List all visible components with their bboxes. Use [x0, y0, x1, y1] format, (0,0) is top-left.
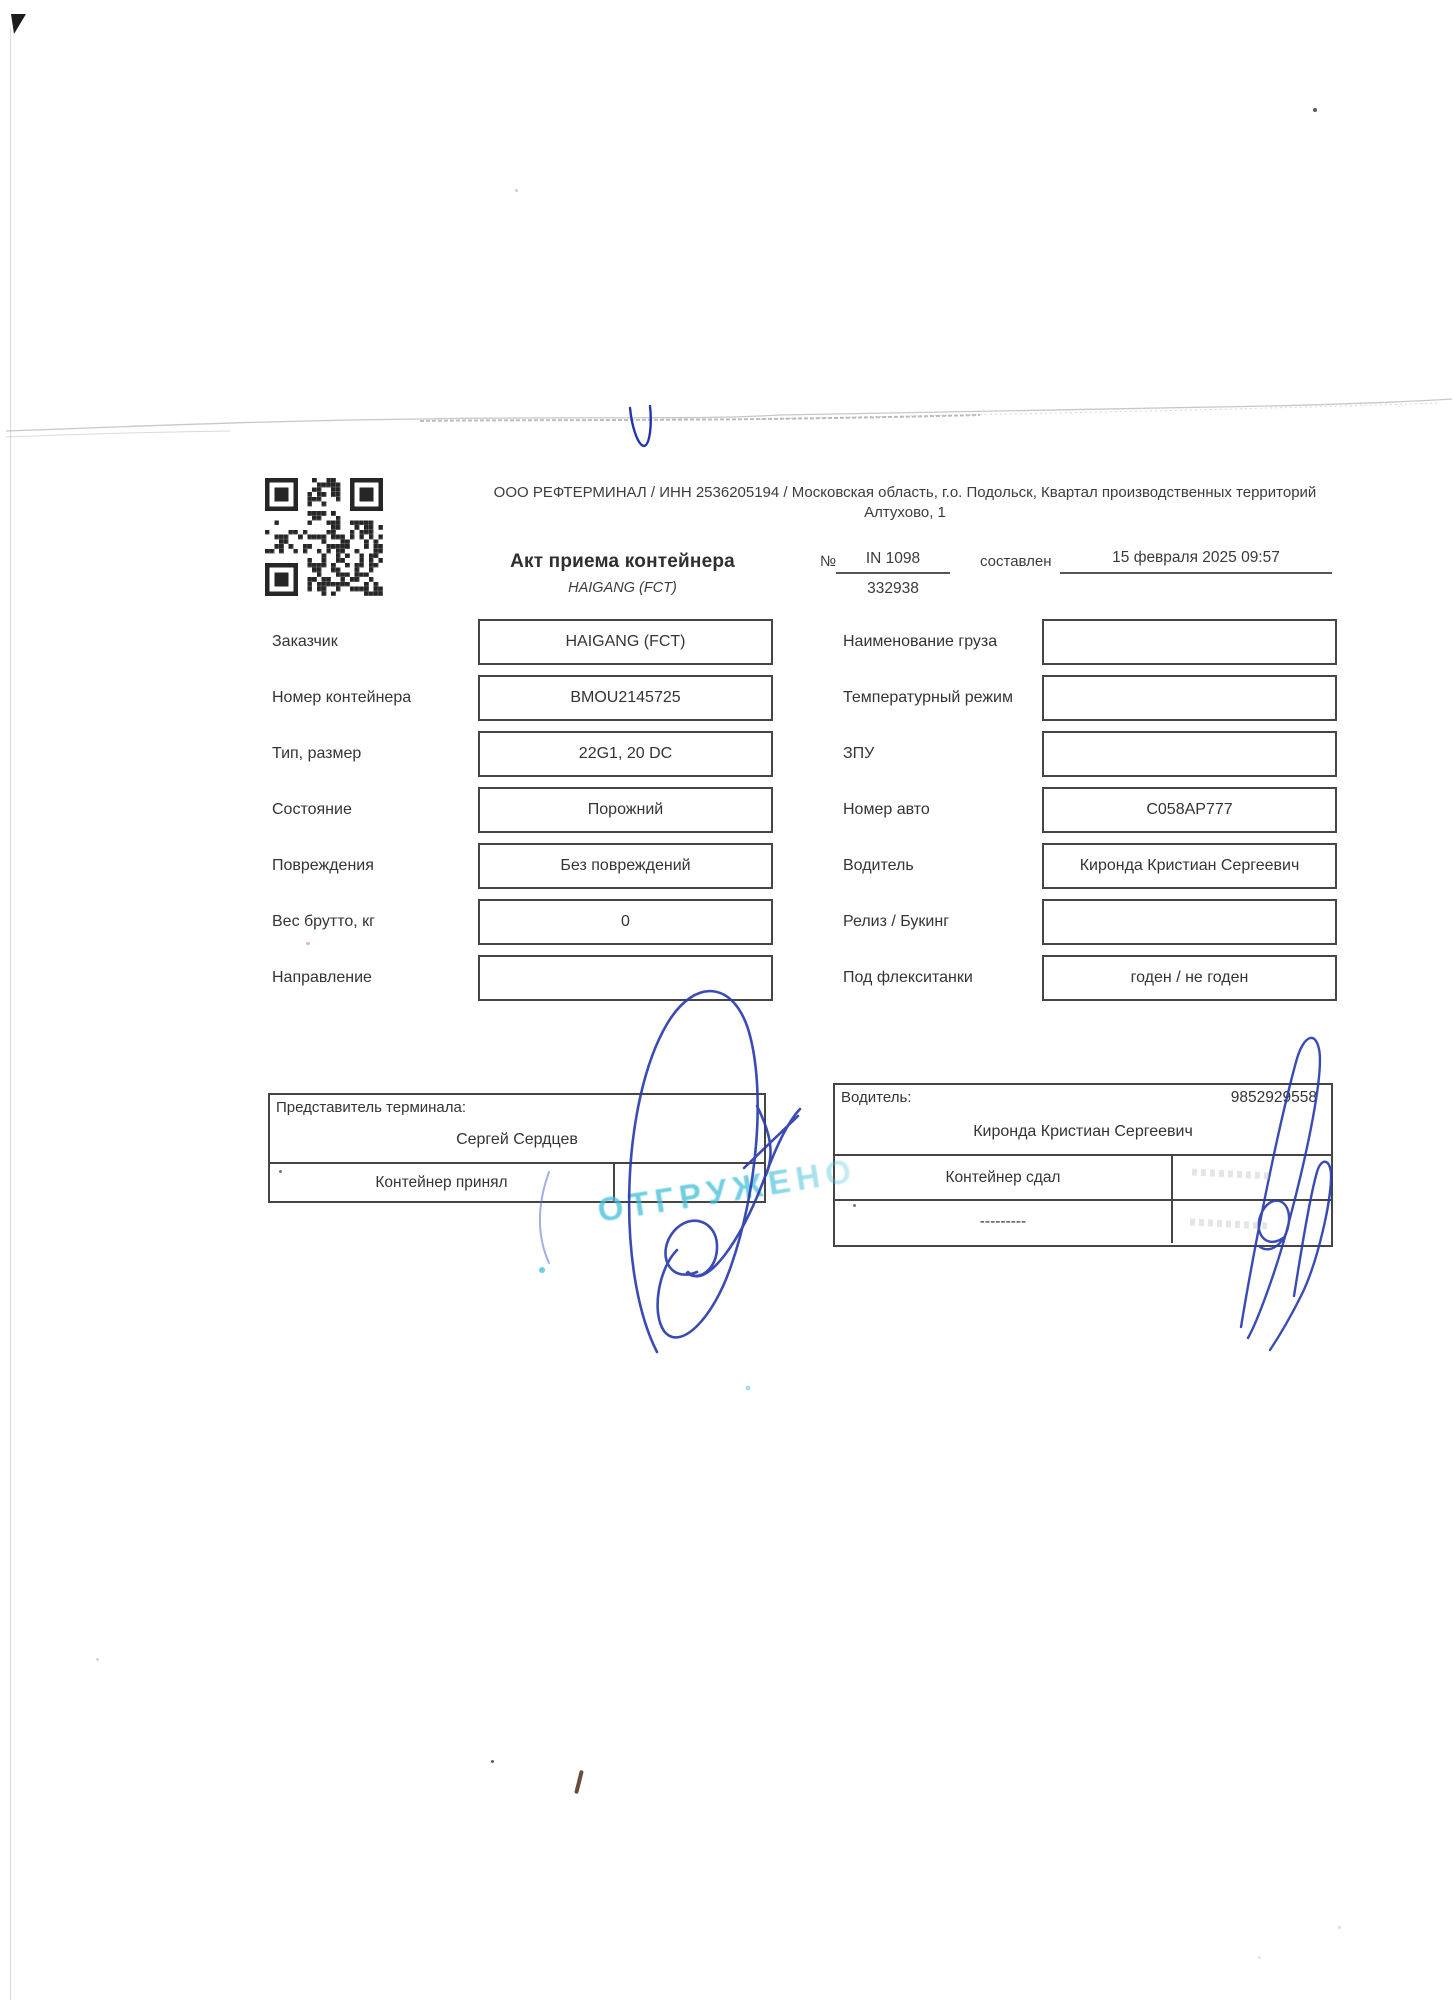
driver-signature-row: Контейнер сдал — [835, 1154, 1331, 1199]
stamp-ink-dot — [746, 1386, 751, 1391]
driver-phone: 9852929558 — [1231, 1089, 1317, 1107]
document-subtitle: HAIGANG (FCT) — [450, 580, 795, 596]
document-number: IN 1098 — [836, 550, 950, 574]
field-value-seal — [1042, 731, 1337, 777]
composed-date-stack: 15 февраля 2025 09:57 — [1060, 549, 1332, 574]
field-value-cargo-name — [1042, 619, 1337, 665]
field-label-condition: Состояние — [272, 787, 472, 833]
qr-code — [265, 478, 383, 596]
driver-name: Киронда Кристиан Сергеевич — [835, 1123, 1331, 1141]
composed-label: составлен — [980, 553, 1052, 570]
scan-page-edge-line — [10, 28, 11, 2000]
field-label-customer: Заказчик — [272, 619, 472, 665]
driver-signature-cell — [1173, 1156, 1331, 1199]
scan-speck — [1338, 1926, 1341, 1929]
scan-speck — [1313, 108, 1317, 112]
driver-dashes: --------- — [835, 1201, 1173, 1243]
terminal-representative-name: Сергей Сердцев — [270, 1131, 764, 1149]
field-value-damages: Без повреждений — [478, 843, 773, 889]
number-sign-label: № — [820, 553, 836, 570]
field-value-temperature-mode — [1042, 675, 1337, 721]
field-value-release-booking — [1042, 899, 1337, 945]
field-label-flexitank: Под флекситанки — [843, 955, 1043, 1001]
company-header-line2: Алтухово, 1 — [460, 503, 1350, 523]
composed-datetime: 15 февраля 2025 09:57 — [1060, 549, 1332, 574]
terminal-signature-header: Представитель терминала: Сергей Сердцев — [270, 1095, 764, 1162]
field-value-driver: Киронда Кристиан Сергеевич — [1042, 843, 1337, 889]
scan-speck — [515, 189, 518, 192]
scanned-document-page: { "page": { "header_line1": "ООО РЕФТЕРМ… — [0, 0, 1454, 2000]
container-handed-label: Контейнер сдал — [835, 1156, 1173, 1199]
field-value-flexitank: годен / не годен — [1042, 955, 1337, 1001]
scan-speck — [1258, 1956, 1261, 1959]
terminal-representative-label: Представитель терминала: — [276, 1099, 466, 1116]
field-label-cargo-name: Наименование груза — [843, 619, 1043, 665]
driver-signature-header: Водитель: 9852929558 Киронда Кристиан Се… — [835, 1085, 1331, 1154]
document-number-stack: IN 1098 332938 — [836, 550, 950, 598]
scan-speck — [491, 1760, 494, 1763]
field-label-temperature-mode: Температурный режим — [843, 675, 1043, 721]
field-value-type-size: 22G1, 20 DC — [478, 731, 773, 777]
scan-speck — [96, 1658, 99, 1661]
field-label-release-booking: Релиз / Букинг — [843, 899, 1043, 945]
field-value-gross-weight: 0 — [478, 899, 773, 945]
scan-pen-slash-mark — [574, 1770, 584, 1794]
stamp-ink-dot — [539, 1267, 545, 1273]
field-value-customer: HAIGANG (FCT) — [478, 619, 773, 665]
document-title: Акт приема контейнера — [450, 551, 795, 573]
field-label-container-number: Номер контейнера — [272, 675, 472, 721]
driver-dashes-row: --------- — [835, 1199, 1331, 1243]
scan-crease-line — [6, 399, 1452, 437]
company-header: ООО РЕФТЕРМИНАЛ / ИНН 2536205194 / Моско… — [460, 483, 1350, 523]
container-accepted-label: Контейнер принял — [270, 1164, 615, 1201]
field-label-gross-weight: Вес брутто, кг — [272, 899, 472, 945]
driver-signature-table: Водитель: 9852929558 Киронда Кристиан Се… — [833, 1083, 1333, 1247]
driver-signature-cell-2 — [1173, 1201, 1331, 1243]
field-value-truck-number: C058AP777 — [1042, 787, 1337, 833]
field-value-direction — [478, 955, 773, 1001]
field-label-damages: Повреждения — [272, 843, 472, 889]
company-header-line1: ООО РЕФТЕРМИНАЛ / ИНН 2536205194 / Моско… — [460, 483, 1350, 503]
field-label-driver: Водитель — [843, 843, 1043, 889]
field-value-container-number: BMOU2145725 — [478, 675, 773, 721]
pen-v-mark — [630, 406, 651, 446]
document-number-secondary: 332938 — [836, 574, 950, 598]
page-corner-mark — [11, 14, 26, 34]
field-value-condition: Порожний — [478, 787, 773, 833]
field-label-seal: ЗПУ — [843, 731, 1043, 777]
field-label-truck-number: Номер авто — [843, 787, 1043, 833]
document-title-block: Акт приема контейнера HAIGANG (FCT) — [450, 551, 795, 596]
field-label-direction: Направление — [272, 955, 472, 1001]
field-label-type-size: Тип, размер — [272, 731, 472, 777]
driver-label: Водитель: — [841, 1089, 911, 1106]
